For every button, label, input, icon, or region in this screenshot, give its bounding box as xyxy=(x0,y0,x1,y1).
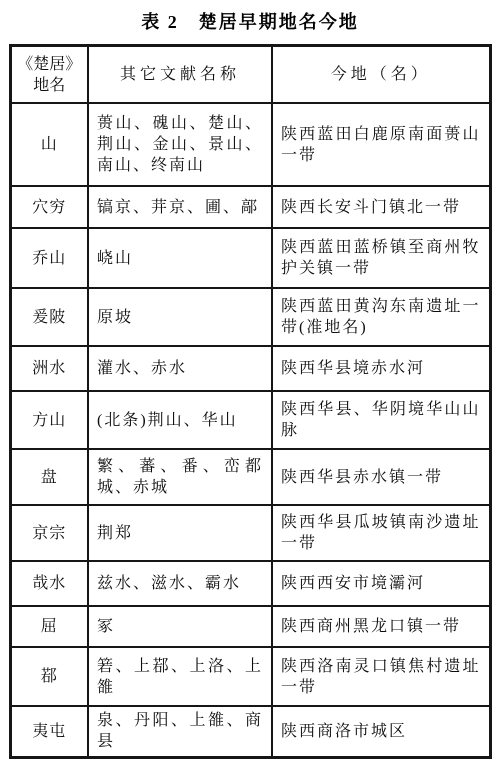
modern-location-cell: 陕西商州黑龙口镇一带 xyxy=(272,606,490,647)
chuju-name-cell: 鄀 xyxy=(10,647,88,706)
modern-location-cell: 陕西商洛市城区 xyxy=(272,706,490,757)
chuju-name-cell: 盘 xyxy=(10,449,88,505)
other-names-cell: 蒉山、磈山、楚山、荆山、金山、景山、南山、终南山 xyxy=(88,103,272,186)
chuju-name-cell: 乔山 xyxy=(10,228,88,288)
table-row: 鄀 箬、上鄀、上洛、上雒 陕西洛南灵口镇焦村遗址一带 xyxy=(10,647,490,706)
table-title: 表 2 楚居早期地名今地 xyxy=(0,0,500,34)
table-row: 京宗 荆郑 陕西华县瓜坡镇南沙遗址一带 xyxy=(10,505,490,561)
modern-location-cell: 陕西华县、华阴境华山山脉 xyxy=(272,391,490,449)
chuju-name-cell: 方山 xyxy=(10,391,88,449)
table-row: 穴穷 镐京、茾京、圃、鄗 陕西长安斗门镇北一带 xyxy=(10,186,490,228)
table-row: 方山 (北条)荆山、华山 陕西华县、华阴境华山山脉 xyxy=(10,391,490,449)
modern-location-cell: 陕西华县境赤水河 xyxy=(272,346,490,391)
modern-location-cell: 陕西洛南灵口镇焦村遗址一带 xyxy=(272,647,490,706)
other-names-cell: 镐京、茾京、圃、鄗 xyxy=(88,186,272,228)
modern-location-cell: 陕西蓝田白鹿原南面蒉山一带 xyxy=(272,103,490,186)
header-modern-location: 今地（名） xyxy=(272,46,490,104)
other-names-cell: 兹水、滋水、霸水 xyxy=(88,561,272,606)
header-other-document-names: 其它文献名称 xyxy=(88,46,272,104)
chuju-name-cell: 穴穷 xyxy=(10,186,88,228)
modern-location-cell: 陕西长安斗门镇北一带 xyxy=(272,186,490,228)
table-header-row: 《楚居》 地名 其它文献名称 今地（名） xyxy=(10,46,490,104)
modern-location-cell: 陕西西安市境灞河 xyxy=(272,561,490,606)
other-names-cell: 荆郑 xyxy=(88,505,272,561)
other-names-cell: 繁、蕃、番、峦都城、赤城 xyxy=(88,449,272,505)
table-row: 屈 冢 陕西商州黑龙口镇一带 xyxy=(10,606,490,647)
table-row: 哉水 兹水、滋水、霸水 陕西西安市境灞河 xyxy=(10,561,490,606)
modern-location-cell: 陕西蓝田蓝桥镇至商州牧护关镇一带 xyxy=(272,228,490,288)
document-page: 表 2 楚居早期地名今地 《楚居》 地名 其它文献名称 今地（名） 山 蒉山、磈… xyxy=(0,0,500,767)
header-chuju-placename: 《楚居》 地名 xyxy=(10,46,88,104)
modern-location-cell: 陕西华县瓜坡镇南沙遗址一带 xyxy=(272,505,490,561)
chuju-name-cell: 屈 xyxy=(10,606,88,647)
chuju-name-cell: 山 xyxy=(10,103,88,186)
other-names-cell: (北条)荆山、华山 xyxy=(88,391,272,449)
other-names-cell: 原坡 xyxy=(88,288,272,346)
table-row: 洲水 灌水、赤水 陕西华县境赤水河 xyxy=(10,346,490,391)
other-names-cell: 冢 xyxy=(88,606,272,647)
chuju-name-cell: 洲水 xyxy=(10,346,88,391)
modern-location-cell: 陕西蓝田黄沟东南遗址一带(准地名) xyxy=(272,288,490,346)
table-row: 盘 繁、蕃、番、峦都城、赤城 陕西华县赤水镇一带 xyxy=(10,449,490,505)
other-names-cell: 峣山 xyxy=(88,228,272,288)
placenames-table: 《楚居》 地名 其它文献名称 今地（名） 山 蒉山、磈山、楚山、荆山、金山、景山… xyxy=(9,44,492,759)
table-row: 山 蒉山、磈山、楚山、荆山、金山、景山、南山、终南山 陕西蓝田白鹿原南面蒉山一带 xyxy=(10,103,490,186)
chuju-name-cell: 爰陂 xyxy=(10,288,88,346)
other-names-cell: 灌水、赤水 xyxy=(88,346,272,391)
other-names-cell: 泉、丹阳、上雒、商县 xyxy=(88,706,272,757)
table-row: 乔山 峣山 陕西蓝田蓝桥镇至商州牧护关镇一带 xyxy=(10,228,490,288)
chuju-name-cell: 哉水 xyxy=(10,561,88,606)
table-row: 爰陂 原坡 陕西蓝田黄沟东南遗址一带(准地名) xyxy=(10,288,490,346)
table-row: 夷屯 泉、丹阳、上雒、商县 陕西商洛市城区 xyxy=(10,706,490,757)
chuju-name-cell: 夷屯 xyxy=(10,706,88,757)
other-names-cell: 箬、上鄀、上洛、上雒 xyxy=(88,647,272,706)
chuju-name-cell: 京宗 xyxy=(10,505,88,561)
modern-location-cell: 陕西华县赤水镇一带 xyxy=(272,449,490,505)
